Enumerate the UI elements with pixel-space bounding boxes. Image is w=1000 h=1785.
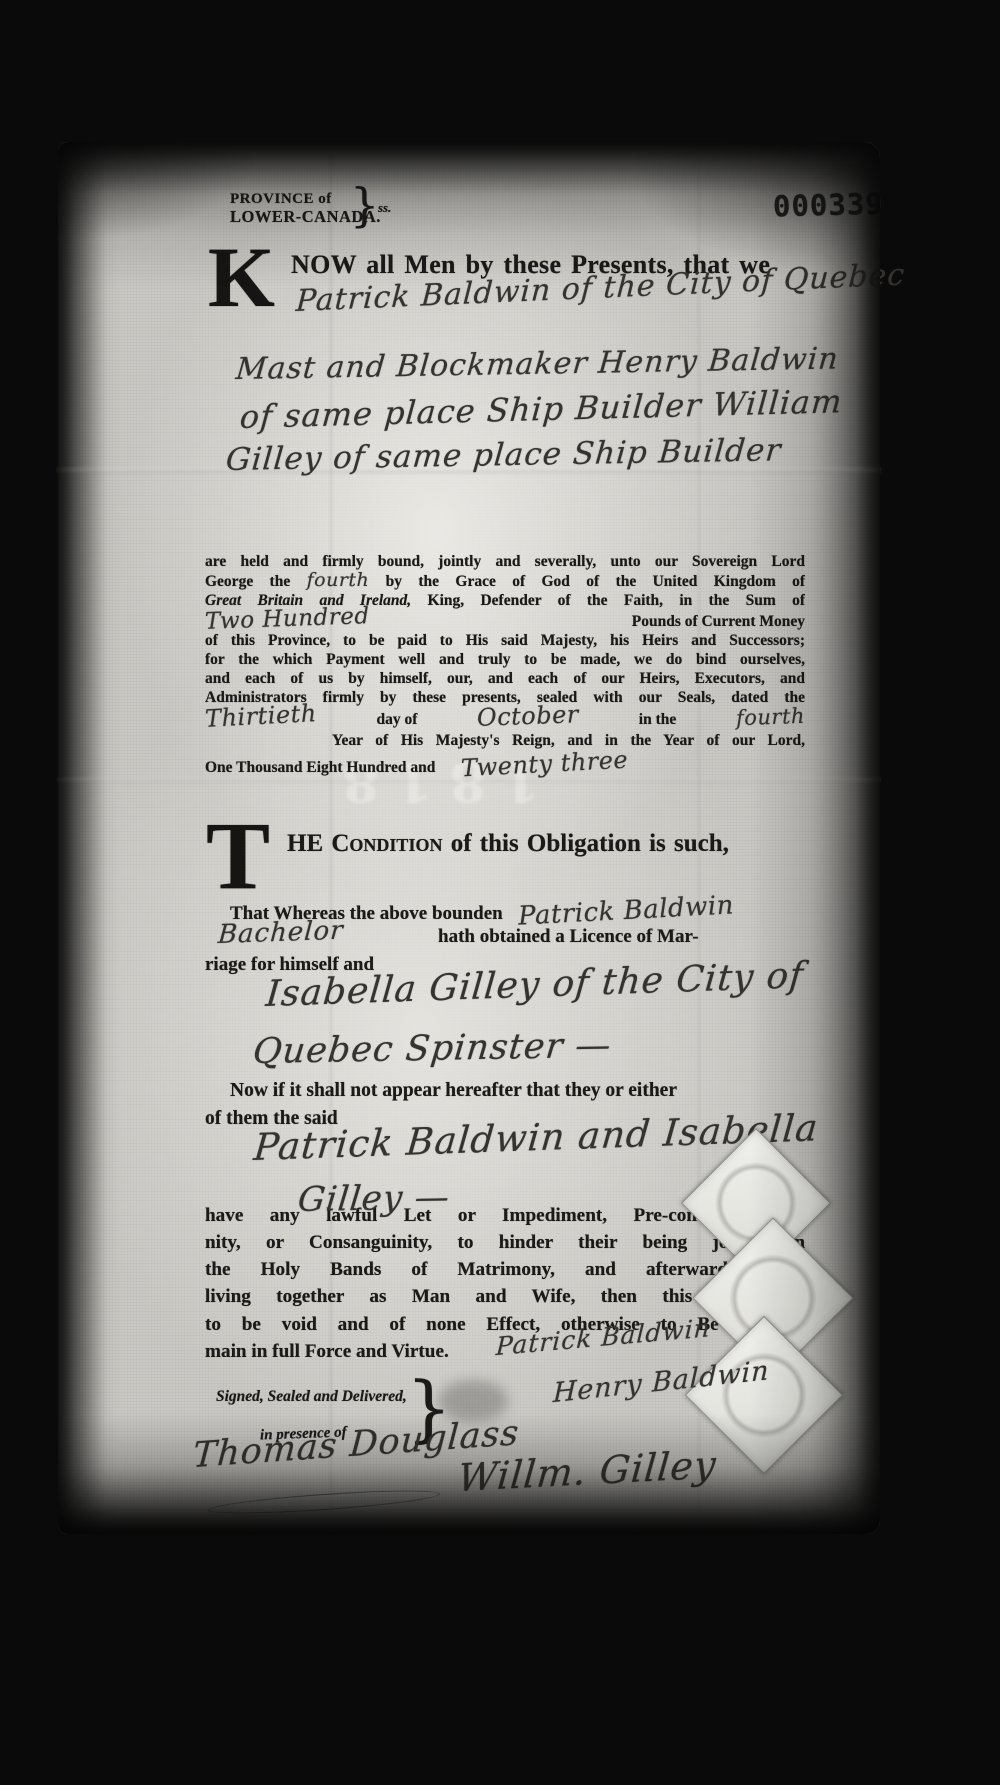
bond-paragraph-line: and each of us by himself, our, and each… bbox=[205, 669, 805, 689]
header-ss-label: ss. bbox=[378, 200, 391, 216]
dropcap-K: K bbox=[208, 238, 275, 316]
handwritten-parties-line: Mast and Blockmaker Henry Baldwin bbox=[234, 341, 840, 387]
bond-paragraph-line: for the which Payment well and truly to … bbox=[205, 650, 805, 670]
serial-number-stamp: 000339 bbox=[773, 187, 885, 224]
handwritten-regnal-name: fourth bbox=[307, 571, 370, 591]
handwritten-bride-line: Quebec Spinster — bbox=[251, 1026, 614, 1072]
bond-line9-text2: in the bbox=[639, 711, 676, 729]
licence-line: hath obtained a Licence of Mar- bbox=[438, 926, 699, 948]
bond-line2-pre: George the bbox=[205, 573, 290, 590]
condition-closing-lastline: main in full Force and Virtue. bbox=[205, 1341, 449, 1363]
bond-sum-line: Two Hundred Pounds of Current Money bbox=[205, 606, 805, 632]
seal-ring bbox=[699, 1330, 830, 1461]
now-line: Now if it shall not appear hereafter tha… bbox=[230, 1080, 677, 1102]
bond-paragraph-line: George the fourth by the Grace of God of… bbox=[205, 571, 805, 593]
handwritten-parties-line: Gilley of same place Ship Builder bbox=[224, 432, 782, 478]
header-brace: } bbox=[350, 178, 379, 232]
signature-flourish bbox=[208, 1486, 441, 1518]
bond-line2-post: by the Grace of God of the United Kingdo… bbox=[386, 573, 805, 590]
scanned-document-screenshot: { "header": { "province_line1": "PROVINC… bbox=[0, 0, 1000, 1785]
handwritten-bachelor: Bachelor bbox=[217, 916, 345, 950]
handwritten-parties-line: of same place Ship Builder William bbox=[239, 382, 844, 436]
signed-sealed-label: Signed, Sealed and Delivered, bbox=[216, 1388, 407, 1406]
bond-date-line: Thirtieth day of October in the fourth bbox=[205, 702, 805, 730]
handwritten-month: October bbox=[477, 700, 580, 732]
bond-paragraph-line: of this Province, to be paid to His said… bbox=[205, 631, 805, 651]
dropcap-T: T bbox=[206, 812, 270, 900]
bond-year-line: One Thousand Eight Hundred and Twenty th… bbox=[205, 750, 805, 778]
condition-heading-smallcaps: Condition bbox=[331, 830, 442, 857]
bond-line4-text: Pounds of Current Money bbox=[632, 613, 805, 631]
condition-heading-pre: HE bbox=[287, 830, 331, 857]
bond-line11-text: One Thousand Eight Hundred and bbox=[205, 759, 435, 777]
bond-line9-text1: day of bbox=[377, 711, 418, 729]
condition-heading: HE Condition of this Obligation is such, bbox=[287, 830, 729, 858]
handwritten-regnal-year: fourth bbox=[736, 704, 806, 730]
handwritten-year: Twenty three bbox=[461, 746, 629, 783]
handwritten-day: Thirtieth bbox=[204, 699, 317, 733]
bond-paragraph-line: are held and firmly bound, jointly and s… bbox=[205, 552, 805, 572]
condition-heading-post: of this Obligation is such, bbox=[442, 830, 728, 857]
handwritten-couple-line: Gilley — bbox=[296, 1177, 452, 1220]
document-paper: 1818 PROVINCE of LOWER-CANADA. } ss. 000… bbox=[58, 142, 880, 1534]
